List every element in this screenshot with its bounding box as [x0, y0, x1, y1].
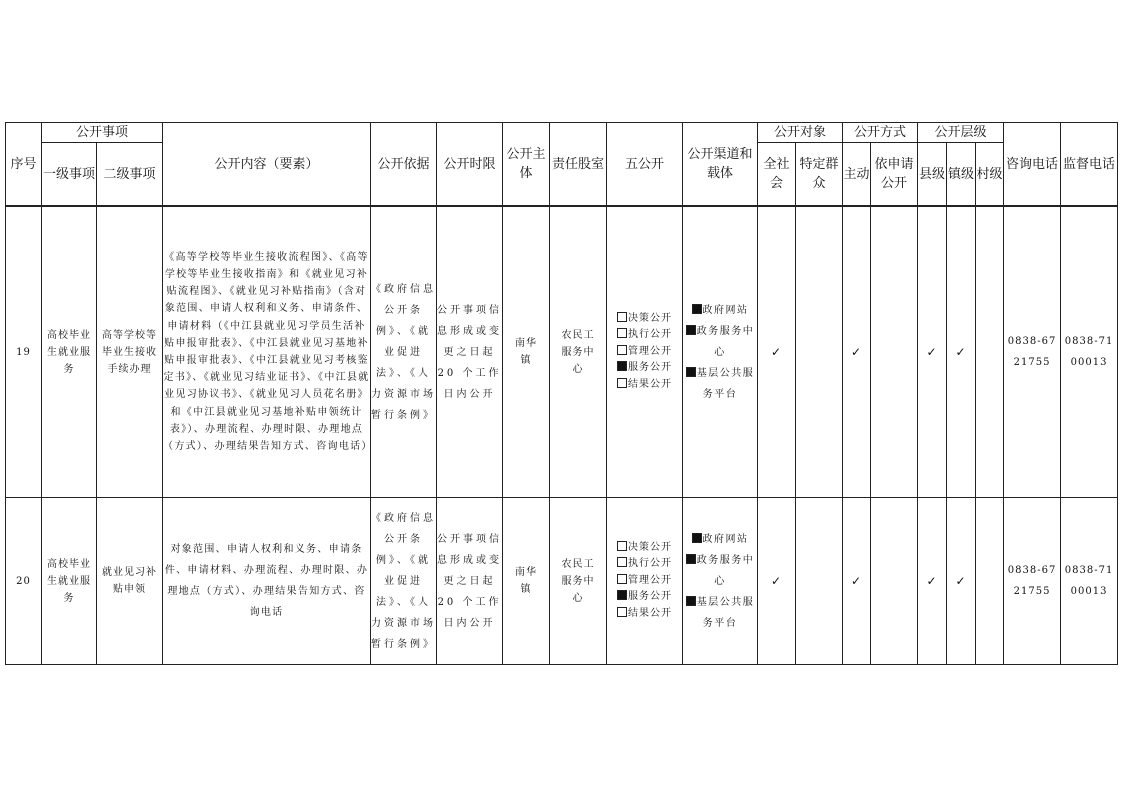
cell-level2: 高等学校等毕业生接收手续办理 [97, 206, 163, 498]
five-open-item: 服务公开 [617, 360, 672, 377]
five-open-item: 决策公开 [617, 311, 672, 328]
checkbox-filled-icon [617, 590, 627, 600]
cell-method-request [871, 206, 918, 498]
channel-item: 政务服务中心 [683, 550, 757, 592]
check-icon: ✓ [758, 498, 796, 665]
checkbox-icon [617, 607, 627, 617]
five-open-item: 管理公开 [617, 344, 672, 361]
checkbox-filled-icon [686, 596, 696, 606]
checkbox-filled-icon [617, 361, 627, 371]
header-level-village: 村级 [976, 143, 1004, 207]
checkbox-icon [617, 557, 627, 567]
cell-content: 《高等学校等毕业生接收流程图》、《高等学校等毕业生接收指南》和《就业见习补贴流程… [163, 206, 371, 498]
cell-level1: 高校毕业生就业服务 [42, 206, 97, 498]
header-level1: 一级事项 [42, 143, 97, 207]
header-method-active: 主动 [843, 143, 871, 207]
disclosure-table: 序号 公开事项 公开内容（要素） 公开依据 公开时限 公开主体 责任股室 五公开… [5, 122, 1118, 665]
cell-subject: 南华镇 [503, 498, 550, 665]
cell-five-open: 决策公开 执行公开 管理公开 服务公开 结果公开 [607, 498, 683, 665]
cell-level1: 高校毕业生就业服务 [42, 498, 97, 665]
table-row: 20 高校毕业生就业服务 就业见习补贴申领 对象范围、申请人权利和义务、申请条件… [6, 498, 1118, 665]
cell-seq: 19 [6, 206, 42, 498]
check-icon: ✓ [843, 498, 871, 665]
cell-target-specific [796, 498, 843, 665]
cell-time-limit: 公开事项信息形成或变更之日起 20 个工作日内公开 [437, 498, 503, 665]
five-open-item: 决策公开 [617, 540, 672, 557]
header-level2: 二级事项 [97, 143, 163, 207]
checkbox-filled-icon [692, 533, 702, 543]
checkbox-icon [617, 312, 627, 322]
cell-dept: 农民工服务中心 [550, 206, 607, 498]
check-icon: ✓ [918, 206, 947, 498]
cell-seq: 20 [6, 498, 42, 665]
check-icon: ✓ [918, 498, 947, 665]
header-seq: 序号 [6, 123, 42, 207]
checkbox-icon [617, 328, 627, 338]
header-basis: 公开依据 [371, 123, 437, 207]
cell-five-open: 决策公开 执行公开 管理公开 服务公开 结果公开 [607, 206, 683, 498]
cell-basis: 《政府信息公开条例》、《就业促进法》、《人力资源市场暂行条例》 [371, 206, 437, 498]
header-consult-phone: 咨询电话 [1004, 123, 1061, 207]
header-target-specific: 特定群众 [796, 143, 843, 207]
header-target-all: 全社会 [758, 143, 796, 207]
header-subject: 公开主体 [503, 123, 550, 207]
five-open-item: 管理公开 [617, 573, 672, 590]
checkbox-filled-icon [692, 304, 702, 314]
header-method-group: 公开方式 [843, 123, 918, 143]
check-icon: ✓ [947, 498, 976, 665]
header-method-request: 依申请公开 [871, 143, 918, 207]
five-open-item: 执行公开 [617, 556, 672, 573]
checkbox-filled-icon [686, 325, 696, 335]
five-open-item: 执行公开 [617, 327, 672, 344]
cell-level-village [976, 206, 1004, 498]
cell-supervise-phone: 0838-7100013 [1061, 206, 1118, 498]
header-channel: 公开渠道和载体 [683, 123, 758, 207]
header-level-group: 公开层级 [918, 123, 1004, 143]
channel-item: 基层公共服务平台 [683, 592, 757, 634]
cell-channels: 政府网站 政务服务中心 基层公共服务平台 [683, 206, 758, 498]
cell-target-specific [796, 206, 843, 498]
five-open-item: 服务公开 [617, 589, 672, 606]
five-open-item: 结果公开 [617, 377, 672, 394]
cell-level-village [976, 498, 1004, 665]
checkbox-icon [617, 378, 627, 388]
checkbox-icon [617, 345, 627, 355]
checkbox-filled-icon [686, 367, 696, 377]
check-icon: ✓ [843, 206, 871, 498]
header-five-open: 五公开 [607, 123, 683, 207]
header-target-group: 公开对象 [758, 123, 843, 143]
table-row: 19 高校毕业生就业服务 高等学校等毕业生接收手续办理 《高等学校等毕业生接收流… [6, 206, 1118, 498]
cell-consult-phone: 0838-6721755 [1004, 498, 1061, 665]
cell-dept: 农民工服务中心 [550, 498, 607, 665]
check-icon: ✓ [947, 206, 976, 498]
table-header: 序号 公开事项 公开内容（要素） 公开依据 公开时限 公开主体 责任股室 五公开… [6, 123, 1118, 207]
check-icon: ✓ [758, 206, 796, 498]
cell-channels: 政府网站 政务服务中心 基层公共服务平台 [683, 498, 758, 665]
channel-item: 政府网站 [683, 529, 757, 550]
cell-level2: 就业见习补贴申领 [97, 498, 163, 665]
checkbox-icon [617, 541, 627, 551]
channel-item: 政府网站 [683, 300, 757, 321]
cell-time-limit: 公开事项信息形成或变更之日起 20 个工作日内公开 [437, 206, 503, 498]
cell-method-request [871, 498, 918, 665]
header-content: 公开内容（要素） [163, 123, 371, 207]
channel-item: 政务服务中心 [683, 321, 757, 363]
cell-basis: 《政府信息公开条例》、《就业促进法》、《人力资源市场暂行条例》 [371, 498, 437, 665]
header-matter-group: 公开事项 [42, 123, 163, 143]
channel-item: 基层公共服务平台 [683, 363, 757, 405]
header-time-limit: 公开时限 [437, 123, 503, 207]
cell-supervise-phone: 0838-7100013 [1061, 498, 1118, 665]
cell-consult-phone: 0838-6721755 [1004, 206, 1061, 498]
checkbox-icon [617, 574, 627, 584]
cell-content: 对象范围、申请人权利和义务、申请条件、申请材料、办理流程、办理时限、办理地点（方… [163, 498, 371, 665]
header-level-town: 镇级 [947, 143, 976, 207]
checkbox-filled-icon [686, 554, 696, 564]
five-open-item: 结果公开 [617, 606, 672, 623]
header-supervise-phone: 监督电话 [1061, 123, 1118, 207]
cell-subject: 南华镇 [503, 206, 550, 498]
header-level-county: 县级 [918, 143, 947, 207]
header-dept: 责任股室 [550, 123, 607, 207]
